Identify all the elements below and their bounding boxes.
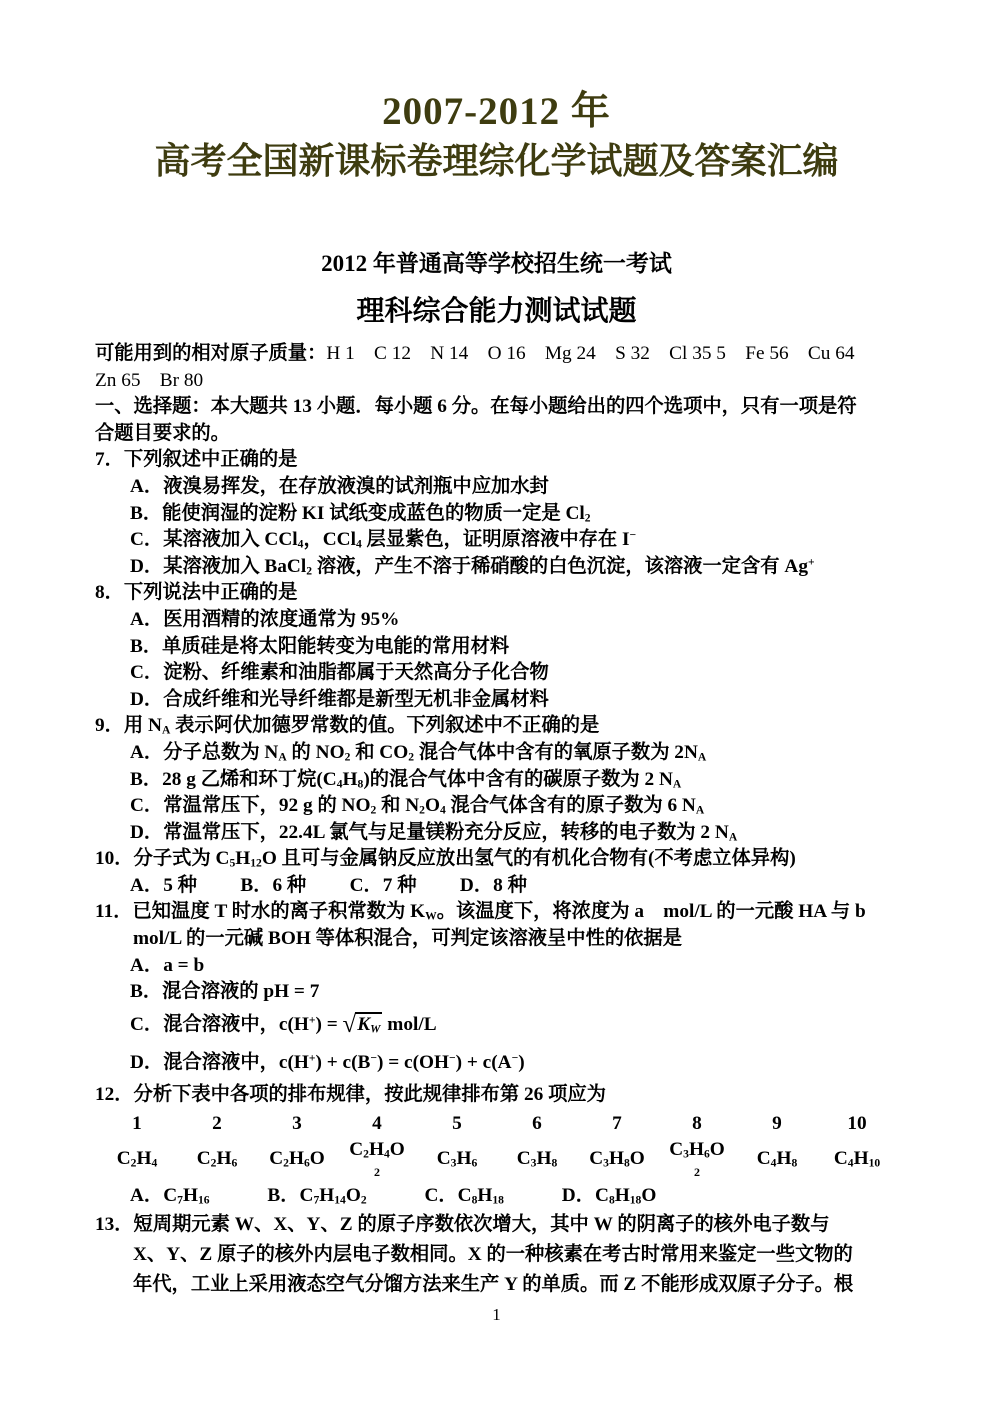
text-segment: O	[710, 1139, 725, 1160]
table-formula-wrapped-subscript: 2	[657, 1163, 737, 1181]
text-segment: A．液溴易挥发，在存放液溴的试剂瓶中应加水封	[130, 476, 549, 497]
question-8-option-d: D．合成纤维和光导纤维都是新型无机非金属材料	[95, 687, 910, 714]
table-column-formula: C4H10	[817, 1146, 897, 1172]
table-column-formula: C3H6	[417, 1146, 497, 1172]
superscript: −	[449, 1051, 456, 1064]
text-segment: 7．下列叙述中正确的是	[95, 449, 297, 470]
subscript: 8	[551, 1157, 557, 1170]
text-segment: 一、选择题：本大题共 13 小题．每小题 6 分。在每小题给出的四个选项中，只有…	[95, 396, 857, 417]
text-segment: H	[456, 1148, 471, 1169]
text-segment: H	[854, 1148, 869, 1169]
question-9-option-d: D．常温常压下，22.4L 氯气与足量镁粉充分反应，转移的电子数为 2 NA	[95, 820, 910, 847]
text-segment: C	[517, 1148, 531, 1169]
table-column-formula: C2H6O	[257, 1146, 337, 1172]
table-column-index: 1	[97, 1110, 177, 1137]
question-7-option-c: C．某溶液加入 CCl4，CCl4 层显紫色，证明原溶液中存在 I−	[95, 527, 910, 554]
table-column-4: 4C2H4O2	[337, 1110, 417, 1181]
text-segment: H	[136, 1148, 151, 1169]
exam-session-title: 2012 年普通高等学校招生统一考试	[0, 250, 993, 278]
text-segment: O	[310, 1148, 325, 1169]
table-column-8: 8C3H6O2	[657, 1110, 737, 1181]
table-column-formula: C2H6	[177, 1146, 257, 1172]
table-column-index: 6	[497, 1110, 577, 1137]
question-11-option-d: D．混合溶液中，c(H+) + c(B−) = c(OH−) + c(A−)	[95, 1044, 910, 1082]
text-segment: H	[183, 1185, 198, 1206]
text-segment: H	[319, 1185, 334, 1206]
question-13-stem-line-3: 年代，工业上采用液态空气分馏方法来生产 Y 的单质。而 Z 不能形成双原子分子。…	[95, 1270, 910, 1300]
text-segment: H	[235, 848, 250, 869]
subscript: 18	[630, 1194, 642, 1207]
subscript: 14	[334, 1194, 346, 1207]
text-segment: C．C	[367, 1185, 472, 1206]
text-segment: B．能使润湿的淀粉 KI 试纸变成蓝色的物质一定是 Cl	[130, 503, 585, 524]
table-formula-wrapped-subscript: 2	[337, 1163, 417, 1181]
text-segment: 13．短周期元素 W、X、Y、Z 的原子序数依次增大，其中 W 的阴离子的核外电…	[95, 1214, 829, 1235]
question-8-option-a: A．医用酒精的浓度通常为 95%	[95, 607, 910, 634]
text-segment: ，CCl	[303, 529, 356, 550]
text-segment: 年代，工业上采用液态空气分馏方法来生产 Y 的单质。而 Z 不能形成双原子分子。…	[133, 1274, 853, 1295]
question-7-stem: 7．下列叙述中正确的是	[95, 447, 910, 474]
table-column-formula: C2H4	[97, 1146, 177, 1172]
subscript: 8	[791, 1157, 797, 1170]
text-segment: B．C	[210, 1185, 314, 1206]
table-column-index: 4	[337, 1110, 417, 1137]
text-segment: ) + c(B	[315, 1052, 370, 1073]
text-segment: D．混合溶液中，c(H	[130, 1052, 309, 1073]
text-segment: X、Y、Z 原子的核外内层电子数相同。X 的一种核素在考古时常用来鉴定一些文物的	[133, 1244, 853, 1265]
document-title-line2: 高考全国新课标卷理综化学试题及答案汇编	[0, 136, 993, 186]
table-column-index: 7	[577, 1110, 657, 1137]
text-segment: 10．分子式为 C	[95, 848, 229, 869]
text-segment: D．常温常压下，22.4L 氯气与足量镁粉充分反应，转移的电子数为 2 N	[130, 822, 729, 843]
table-column-formula: C2H4O	[337, 1137, 417, 1163]
superscript: −	[370, 1051, 377, 1064]
text-segment: A．C	[130, 1185, 177, 1206]
text-segment: 和 CO	[350, 742, 408, 763]
text-segment: C	[117, 1148, 131, 1169]
sqrt-radicand: KW	[355, 1012, 382, 1035]
atomic-mass-line-2: Zn 65 Br 80	[95, 368, 910, 395]
table-column-10: 10C4H10	[817, 1110, 897, 1181]
subscript: A	[673, 777, 681, 790]
question-13-stem-line-2: X、Y、Z 原子的核外内层电子数相同。X 的一种核素在考古时常用来鉴定一些文物的	[95, 1240, 910, 1270]
question-10-stem: 10．分子式为 C5H12O 且可与金属钠反应放出氢气的有机化合物有(不考虑立体…	[95, 846, 910, 873]
text-segment: B．28 g 乙烯和环丁烷(C	[130, 769, 337, 790]
text-segment: 12．分析下表中各项的排布规律，按此规律排布第 26 项应为	[95, 1084, 606, 1105]
text-segment: 层显紫色，证明原溶液中存在 I	[362, 529, 630, 550]
text-segment: C	[349, 1139, 363, 1160]
text-segment: 混合气体含有的原子数为 6 N	[446, 795, 696, 816]
text-segment: K	[357, 1014, 370, 1035]
text-segment: H 1 C 12 N 14 O 16 Mg 24 S 32 Cl 35 5 Fe…	[326, 343, 854, 364]
table-column-6: 6C3H8	[497, 1110, 577, 1181]
text-segment: C	[197, 1148, 211, 1169]
question-8-option-c: C．淀粉、纤维素和油脂都属于天然高分子化合物	[95, 660, 910, 687]
table-column-9: 9C4H8	[737, 1110, 817, 1181]
text-segment: O	[425, 795, 440, 816]
text-segment: )	[518, 1052, 524, 1073]
questions-body: 可能用到的相对原子质量：H 1 C 12 N 14 O 16 Mg 24 S 3…	[95, 341, 910, 1300]
subscript: 4	[151, 1157, 157, 1170]
subscript: 2	[585, 511, 591, 524]
page-number: 1	[0, 1305, 993, 1325]
text-segment: O	[346, 1185, 361, 1206]
text-segment: D．合成纤维和光导纤维都是新型无机非金属材料	[130, 689, 549, 710]
text-segment: 溶液，产生不溶于稀硝酸的白色沉淀，该溶液一定含有 Ag	[312, 556, 808, 577]
text-segment: H	[615, 1185, 630, 1206]
question-11-option-b: B．混合溶液的 pH = 7	[95, 979, 910, 1006]
text-segment: mol/L	[382, 1014, 436, 1035]
document-title-line1: 2007-2012 年	[0, 0, 993, 136]
text-segment: C．淀粉、纤维素和油脂都属于天然高分子化合物	[130, 662, 549, 683]
subscript: 18	[492, 1194, 504, 1207]
subscript: W	[425, 910, 437, 923]
text-segment: O 且可与金属钠反应放出氢气的有机化合物有(不考虑立体异构)	[262, 848, 796, 869]
text-segment: A．医用酒精的浓度通常为 95%	[130, 609, 399, 630]
table-column-1: 1C2H4	[97, 1110, 177, 1181]
text-segment: O	[641, 1185, 656, 1206]
question-12-options: A．C7H16 B．C7H14O2 C．C8H18 D．C8H18O	[95, 1183, 910, 1210]
subscript: W	[370, 1022, 380, 1035]
subscript: A	[698, 750, 706, 763]
table-column-index: 8	[657, 1110, 737, 1137]
text-segment: H	[689, 1139, 704, 1160]
atomic-mass-line-1: 可能用到的相对原子质量：H 1 C 12 N 14 O 16 Mg 24 S 3…	[95, 341, 910, 368]
text-segment: 合题目要求的。	[95, 423, 230, 444]
text-segment: A．分子总数为 N	[130, 742, 278, 763]
table-column-index: 9	[737, 1110, 817, 1137]
table-column-index: 5	[417, 1110, 497, 1137]
subscript: 16	[198, 1194, 210, 1207]
table-column-index: 3	[257, 1110, 337, 1137]
question-8-option-b: B．单质硅是将太阳能转变为电能的常用材料	[95, 634, 910, 661]
table-column-2: 2C2H6	[177, 1110, 257, 1181]
subscript: 6	[231, 1157, 237, 1170]
text-segment: C．某溶液加入 CCl	[130, 529, 298, 550]
text-segment: 的 NO	[287, 742, 345, 763]
text-segment: 表示阿伏加德罗常数的值。下列叙述中不正确的是	[170, 715, 599, 736]
text-segment: H	[609, 1148, 624, 1169]
question-9-stem: 9．用 NA 表示阿伏加德罗常数的值。下列叙述中不正确的是	[95, 713, 910, 740]
text-segment: H	[536, 1148, 551, 1169]
question-11-option-c: C．混合溶液中，c(H+) = √KW mol/L	[95, 1006, 910, 1044]
subscript: 6	[471, 1157, 477, 1170]
subscript: A	[278, 750, 286, 763]
text-segment: B．单质硅是将太阳能转变为电能的常用材料	[130, 636, 509, 657]
superscript: −	[630, 529, 637, 542]
text-segment: ) + c(A	[456, 1052, 512, 1073]
text-segment: )的混合气体中含有的碳原子数为 2 N	[363, 769, 673, 790]
text-segment: D．C	[504, 1185, 609, 1206]
question-7-option-d: D．某溶液加入 BaCl2 溶液，产生不溶于稀硝酸的白色沉淀，该溶液一定含有 A…	[95, 554, 910, 581]
text-segment: A．5 种 B．6 种 C．7 种 D．8 种	[130, 875, 527, 896]
table-column-5: 5C3H6	[417, 1110, 497, 1181]
question-8-stem: 8．下列说法中正确的是	[95, 580, 910, 607]
question-12-stem: 12．分析下表中各项的排布规律，按此规律排布第 26 项应为	[95, 1082, 910, 1109]
text-segment: C	[757, 1148, 771, 1169]
text-segment: O	[630, 1148, 645, 1169]
exam-paper-title: 理科综合能力测试试题	[0, 295, 993, 329]
text-segment: C．混合溶液中，c(H	[130, 1014, 309, 1035]
text-segment: 8．下列说法中正确的是	[95, 582, 297, 603]
text-segment: ) = c(OH	[377, 1052, 449, 1073]
text-segment: ) =	[315, 1014, 342, 1035]
text-segment: 和 N	[376, 795, 419, 816]
text-segment: Zn 65 Br 80	[95, 370, 203, 391]
question-11-option-a: A．a = b	[95, 953, 910, 980]
text-segment: C．常温常压下，92 g 的 NO	[130, 795, 370, 816]
question-13-stem-line-1: 13．短周期元素 W、X、Y、Z 的原子序数依次增大，其中 W 的阴离子的核外电…	[95, 1210, 910, 1240]
question-9-option-b: B．28 g 乙烯和环丁烷(C4H8)的混合气体中含有的碳原子数为 2 NA	[95, 767, 910, 794]
table-column-formula: C3H6O	[657, 1137, 737, 1163]
table-column-7: 7C3H8O	[577, 1110, 657, 1181]
text-segment: mol/L 的一元碱 BOH 等体积混合，可判定该溶液呈中性的依据是	[133, 928, 682, 949]
question-12-table: 1C2H42C2H63C2H6O4C2H4O25C3H66C3H87C3H8O8…	[97, 1110, 897, 1181]
section-instruction-line-1: 一、选择题：本大题共 13 小题．每小题 6 分。在每小题给出的四个选项中，只有…	[95, 394, 910, 421]
question-11-stem-line-2: mol/L 的一元碱 BOH 等体积混合，可判定该溶液呈中性的依据是	[95, 926, 910, 953]
question-7-option-a: A．液溴易挥发，在存放液溴的试剂瓶中应加水封	[95, 474, 910, 501]
text-segment: C	[669, 1139, 683, 1160]
text-segment: 。该温度下，将浓度为 a mol/L 的一元酸 HA 与 b	[437, 901, 866, 922]
table-column-3: 3C2H6O	[257, 1110, 337, 1181]
section-instruction-line-2: 合题目要求的。	[95, 421, 910, 448]
text-segment: O	[390, 1139, 405, 1160]
text-segment: 可能用到的相对原子质量：	[95, 343, 326, 364]
question-10-options: A．5 种 B．6 种 C．7 种 D．8 种	[95, 873, 910, 900]
text-segment: H	[289, 1148, 304, 1169]
question-7-option-b: B．能使润湿的淀粉 KI 试纸变成蓝色的物质一定是 Cl2	[95, 501, 910, 528]
text-segment: C	[437, 1148, 451, 1169]
text-segment: H	[369, 1139, 384, 1160]
table-column-index: 10	[817, 1110, 897, 1137]
table-column-formula: C4H8	[737, 1146, 817, 1172]
table-column-formula: C3H8O	[577, 1146, 657, 1172]
text-segment: A．a = b	[130, 955, 204, 976]
document-page: 2007-2012 年 高考全国新课标卷理综化学试题及答案汇编 2012 年普通…	[0, 0, 993, 1404]
subscript: 10	[869, 1157, 881, 1170]
text-segment: H	[477, 1185, 492, 1206]
text-segment: C	[834, 1148, 848, 1169]
table-column-formula: C3H8	[497, 1146, 577, 1172]
text-segment: C	[589, 1148, 603, 1169]
text-segment: D．某溶液加入 BaCl	[130, 556, 306, 577]
text-segment: 11．已知温度 T 时水的离子积常数为 K	[95, 901, 425, 922]
question-9-option-a: A．分子总数为 NA 的 NO2 和 CO2 混合气体中含有的氧原子数为 2NA	[95, 740, 910, 767]
subscript: 12	[250, 857, 262, 870]
subscript: A	[696, 804, 704, 817]
text-segment: H	[216, 1148, 231, 1169]
text-segment: 混合气体中含有的氧原子数为 2N	[414, 742, 698, 763]
text-segment: H	[776, 1148, 791, 1169]
table-column-index: 2	[177, 1110, 257, 1137]
text-segment: C	[269, 1148, 283, 1169]
superscript: +	[808, 555, 815, 568]
text-segment: B．混合溶液的 pH = 7	[130, 981, 319, 1002]
text-segment: H	[343, 769, 358, 790]
question-11-stem-line-1: 11．已知温度 T 时水的离子积常数为 KW。该温度下，将浓度为 a mol/L…	[95, 899, 910, 926]
subscript: A	[729, 830, 737, 843]
question-9-option-c: C．常温常压下，92 g 的 NO2 和 N2O4 混合气体含有的原子数为 6 …	[95, 793, 910, 820]
text-segment: 9．用 N	[95, 715, 162, 736]
